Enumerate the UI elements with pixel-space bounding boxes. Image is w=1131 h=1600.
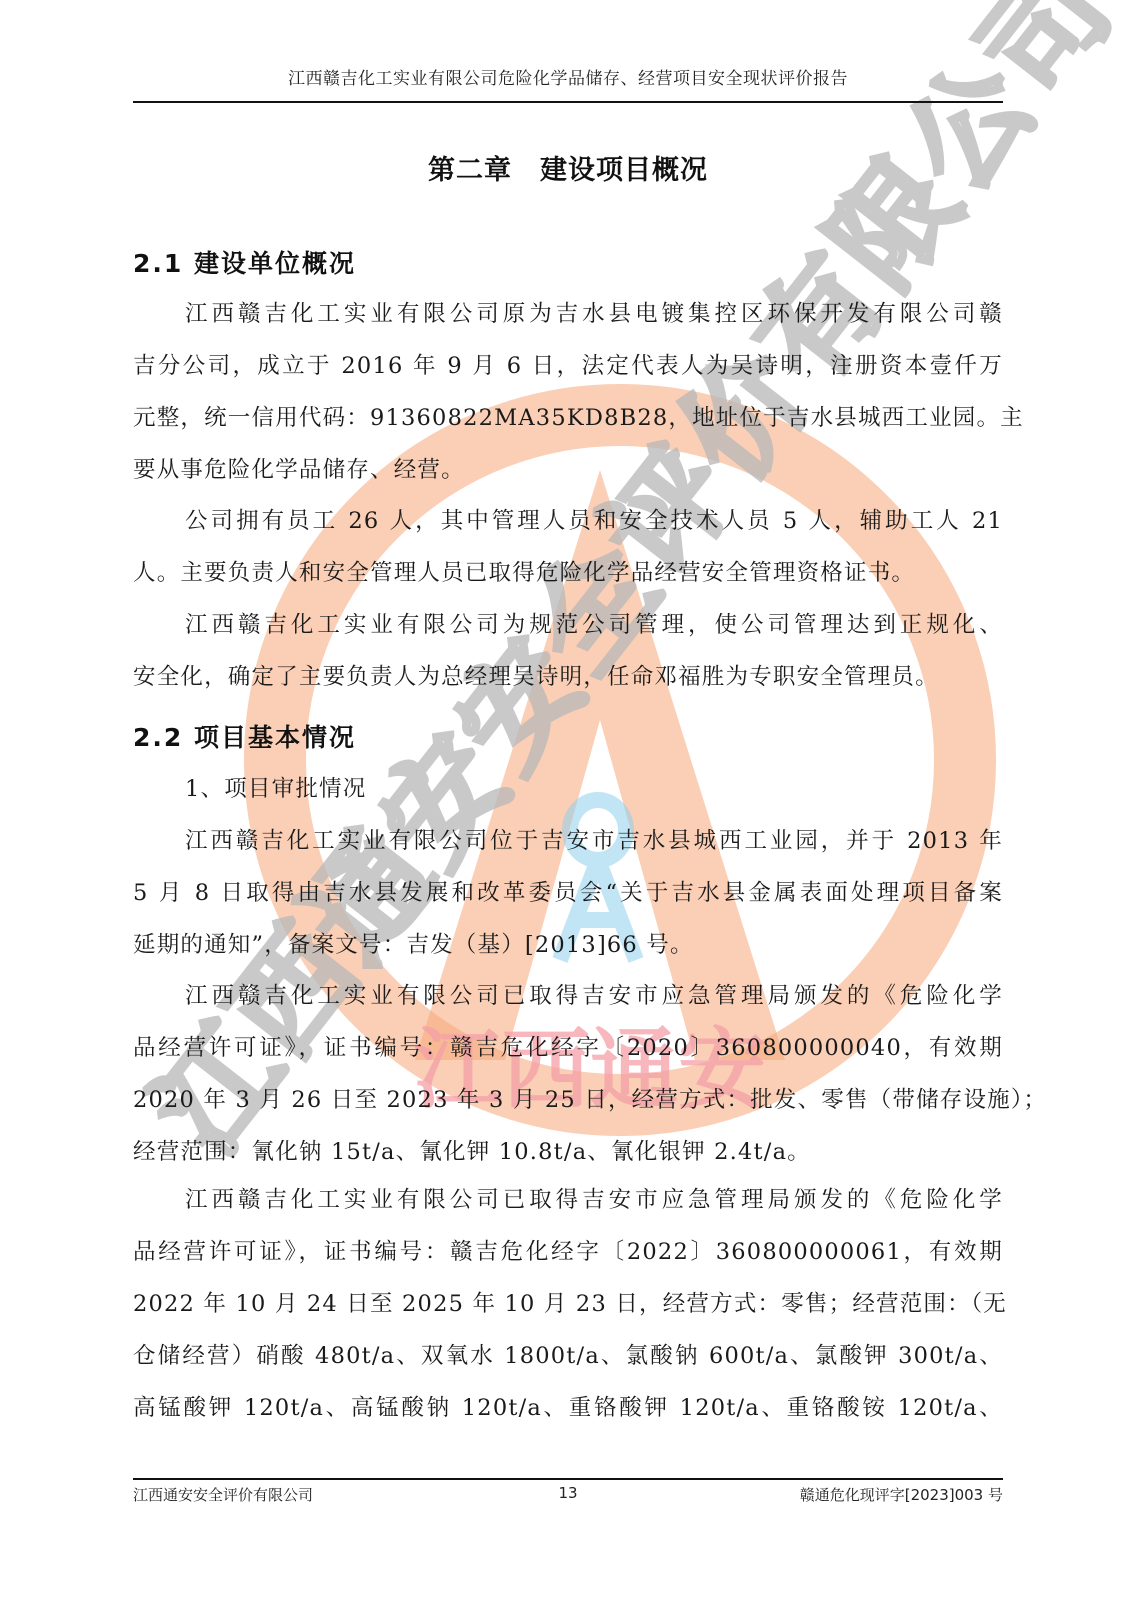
text-line: 人。主要负责人和安全管理人员已取得危险化学品经营安全管理资格证书。	[133, 547, 1003, 599]
paragraph-staff: 公司拥有员工 26 人，其中管理人员和安全技术人员 5 人，辅助工人 21 人。…	[133, 495, 1003, 599]
text-line: 元整，统一信用代码：91360822MA35KD8B28，地址位于吉水县城西工业…	[133, 392, 1003, 444]
text-line: 江西赣吉化工实业有限公司位于吉安市吉水县城西工业园，并于 2013 年	[133, 815, 1003, 867]
text-line: 2020 年 3 月 26 日至 2023 年 3 月 25 日，经营方式：批发…	[133, 1074, 1003, 1126]
paragraph-management: 江西赣吉化工实业有限公司为规范公司管理，使公司管理达到正规化、 安全化，确定了主…	[133, 599, 1003, 703]
section-heading-2-2: 2.2 项目基本情况	[133, 718, 356, 754]
text-line: 仓储经营）硝酸 480t/a、双氧水 1800t/a、氯酸钠 600t/a、氯酸…	[133, 1330, 1003, 1382]
text-line: 安全化，确定了主要负责人为总经理吴诗明，任命邓福胜为专职安全管理员。	[133, 651, 1003, 703]
running-header: 江西赣吉化工实业有限公司危险化学品储存、经营项目安全现状评价报告	[133, 64, 1003, 89]
text-line: 品经营许可证》，证书编号：赣吉危化经字〔2022〕360800000061，有效…	[133, 1226, 1003, 1278]
text-line: 江西赣吉化工实业有限公司已取得吉安市应急管理局颁发的《危险化学	[133, 1174, 1003, 1226]
paragraph-license-2022: 江西赣吉化工实业有限公司已取得吉安市应急管理局颁发的《危险化学 品经营许可证》，…	[133, 1174, 1003, 1434]
text-line: 高锰酸钾 120t/a、高锰酸钠 120t/a、重铬酸钾 120t/a、重铬酸铵…	[133, 1382, 1003, 1434]
text-line: 品经营许可证》，证书编号：赣吉危化经字〔2020〕360800000040，有效…	[133, 1022, 1003, 1074]
text-line: 经营范围：氰化钠 15t/a、氰化钾 10.8t/a、氰化银钾 2.4t/a。	[133, 1126, 1003, 1178]
document-number: 赣通危化现评字[2023]003 号	[800, 1484, 1003, 1505]
text-line: 公司拥有员工 26 人，其中管理人员和安全技术人员 5 人，辅助工人 21	[133, 495, 1003, 547]
paragraph-company-overview: 江西赣吉化工实业有限公司原为吉水县电镀集控区环保开发有限公司赣 吉分公司，成立于…	[133, 288, 1003, 496]
text-line: 1、项目审批情况	[133, 763, 1003, 815]
text-line: 吉分公司，成立于 2016 年 9 月 6 日，法定代表人为吴诗明，注册资本壹仟…	[133, 340, 1003, 392]
chapter-title: 第二章 建设项目概况	[133, 148, 1003, 187]
text-line: 江西赣吉化工实业有限公司已取得吉安市应急管理局颁发的《危险化学	[133, 970, 1003, 1022]
header-divider	[133, 101, 1003, 103]
paragraph-license-2020: 江西赣吉化工实业有限公司已取得吉安市应急管理局颁发的《危险化学 品经营许可证》，…	[133, 970, 1003, 1178]
text-line: 江西赣吉化工实业有限公司为规范公司管理，使公司管理达到正规化、	[133, 599, 1003, 651]
document-page: 江西通安 江西通安安全评价有限公司 江西赣吉化工实业有限公司危险化学品储存、经营…	[0, 0, 1131, 1600]
text-line: 江西赣吉化工实业有限公司原为吉水县电镀集控区环保开发有限公司赣	[133, 288, 1003, 340]
text-line: 2022 年 10 月 24 日至 2025 年 10 月 23 日，经营方式：…	[133, 1278, 1003, 1330]
section-heading-2-1: 2.1 建设单位概况	[133, 244, 356, 280]
paragraph-project-filing: 江西赣吉化工实业有限公司位于吉安市吉水县城西工业园，并于 2013 年 5 月 …	[133, 815, 1003, 971]
text-line: 要从事危险化学品储存、经营。	[133, 444, 1003, 496]
text-line: 5 月 8 日取得由吉水县发展和改革委员会“关于吉水县金属表面处理项目备案	[133, 867, 1003, 919]
text-line: 延期的通知”，备案文号：吉发（基）[2013]66 号。	[133, 919, 1003, 971]
footer-divider	[133, 1478, 1003, 1480]
subheading-project-approval: 1、项目审批情况	[133, 763, 1003, 815]
